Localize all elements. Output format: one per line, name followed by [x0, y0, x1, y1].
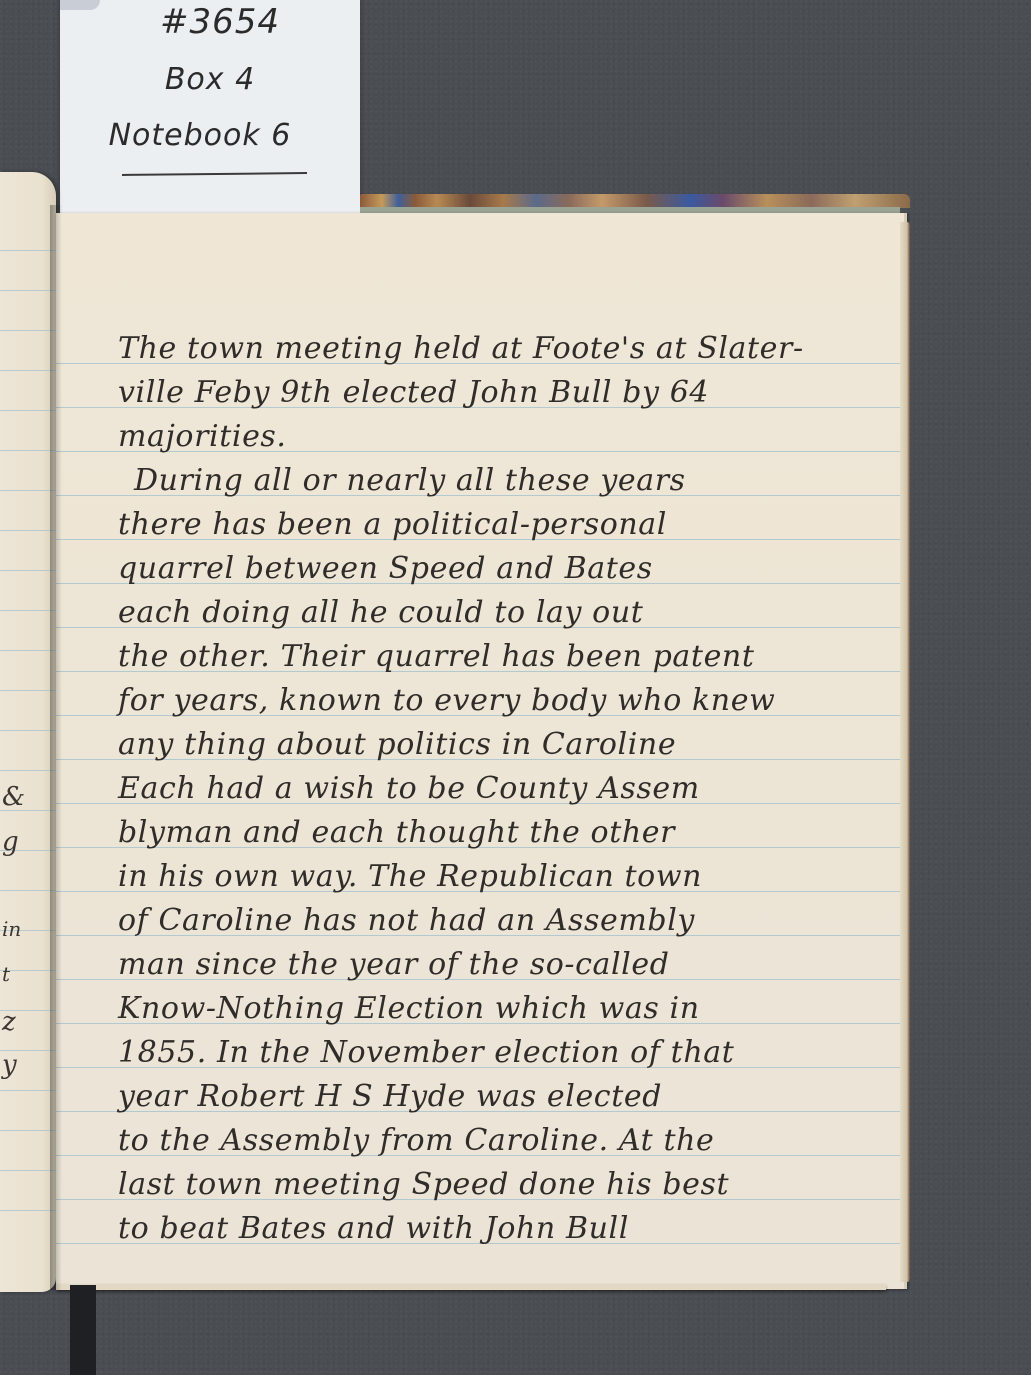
handwritten-line: ville Feby 9th elected John Bull by 64 — [118, 378, 709, 408]
handwritten-line: 1855. In the November election of that — [118, 1038, 734, 1068]
notebook-page: The town meeting held at Foote's at Slat… — [56, 213, 907, 1289]
handwritten-line: Know-Nothing Election which was in — [118, 994, 700, 1024]
ruled-line — [0, 1210, 56, 1211]
left-facing-page: & g in t z y — [0, 172, 56, 1292]
handwritten-line: quarrel between Speed and Bates — [118, 554, 653, 584]
ruled-line — [0, 730, 56, 731]
ruled-line — [0, 450, 56, 451]
ruled-line — [0, 1130, 56, 1131]
ruled-line — [0, 1090, 56, 1091]
label-box-number: Box 4 — [60, 62, 360, 97]
ruled-line — [0, 490, 56, 491]
left-page-text-fragment: y — [2, 1050, 17, 1080]
archival-label-card: #3654 Box 4 Notebook 6 — [60, 0, 360, 215]
handwritten-line: Each had a wish to be County Assem — [118, 774, 700, 804]
ruled-line — [0, 890, 56, 891]
handwritten-line: there has been a political-personal — [118, 510, 667, 540]
ruled-line — [0, 290, 56, 291]
handwritten-line: to the Assembly from Caroline. At the — [118, 1126, 714, 1156]
ruled-line — [0, 650, 56, 651]
page-stack-edge — [900, 222, 910, 1282]
handwritten-line: blyman and each thought the other — [118, 818, 675, 848]
handwritten-line: the other. Their quarrel has been patent — [118, 642, 755, 672]
ruled-line — [0, 370, 56, 371]
handwritten-line: The town meeting held at Foote's at Slat… — [118, 334, 804, 364]
marbled-cover-edge — [360, 194, 910, 208]
ruled-line — [0, 770, 56, 771]
label-underline — [122, 172, 307, 176]
left-page-text-fragment: in — [2, 917, 21, 941]
handwritten-line: of Caroline has not had an Assembly — [118, 906, 695, 936]
ruled-line — [0, 610, 56, 611]
left-page-text-fragment: & — [2, 782, 25, 812]
ruled-line — [0, 690, 56, 691]
ruled-line — [0, 250, 56, 251]
handwritten-line: to beat Bates and with John Bull — [118, 1214, 629, 1244]
ruled-line — [0, 530, 56, 531]
ruled-line — [0, 410, 56, 411]
binding-spine — [70, 1285, 96, 1375]
label-notebook-number: Notebook 6 — [50, 118, 350, 153]
label-accession-number: #3654 — [70, 2, 370, 42]
ruled-line — [0, 570, 56, 571]
left-page-text-fragment: t — [2, 962, 10, 986]
ruled-line — [0, 1170, 56, 1171]
handwritten-line: in his own way. The Republican town — [118, 862, 702, 892]
handwritten-line: for years, known to every body who knew — [118, 686, 775, 716]
left-page-text-fragment: g — [2, 827, 19, 857]
gutter-shadow — [50, 205, 62, 1290]
left-page-text-fragment: z — [2, 1007, 16, 1037]
handwritten-line: During all or nearly all these years — [134, 466, 686, 496]
handwritten-line: any thing about politics in Caroline — [118, 730, 676, 760]
handwritten-line: majorities. — [118, 422, 287, 452]
handwritten-line: last town meeting Speed done his best — [118, 1170, 729, 1200]
handwritten-line: each doing all he could to lay out — [118, 598, 643, 628]
handwritten-line: man since the year of the so-called — [118, 950, 670, 980]
handwritten-line: year Robert H S Hyde was elected — [118, 1082, 662, 1112]
page-bottom-edge — [56, 1284, 886, 1290]
ruled-line — [0, 330, 56, 331]
